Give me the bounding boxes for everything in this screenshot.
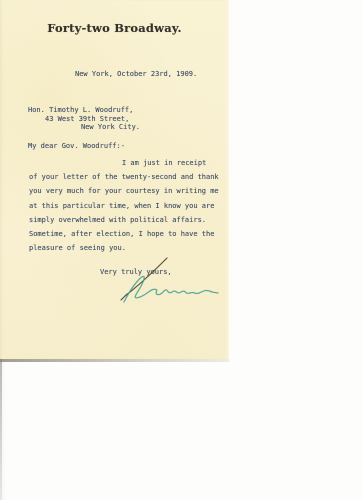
letterhead: Forty-two Broadway. [0,21,229,35]
address-line: Hon. Timothy L. Woodruff, [28,106,133,115]
dateline: New York, October 23rd, 1909. [75,70,197,79]
photo-left-edge [0,355,2,500]
body-line: I am just in receipt [29,156,219,170]
address-line: New York City. [81,123,140,132]
signature-ink [124,276,218,302]
letter-paper: Forty-two Broadway. New York, October 23… [0,0,229,359]
body-paragraph: I am just in receipt of your letter of t… [29,156,219,255]
body-line: Sometime, after election, I hope to have… [29,227,219,241]
salutation: My dear Gov. Woodruff:- [28,142,125,151]
body-line: at this particular time, when I know you… [29,199,219,213]
body-line: simply overwhelmed with political affair… [29,213,219,227]
body-line: you very much for your courtesy in writi… [29,184,219,198]
body-line: of your letter of the twenty-second and … [29,170,219,184]
photo-background: Forty-two Broadway. New York, October 23… [0,0,363,500]
signature [98,246,233,310]
